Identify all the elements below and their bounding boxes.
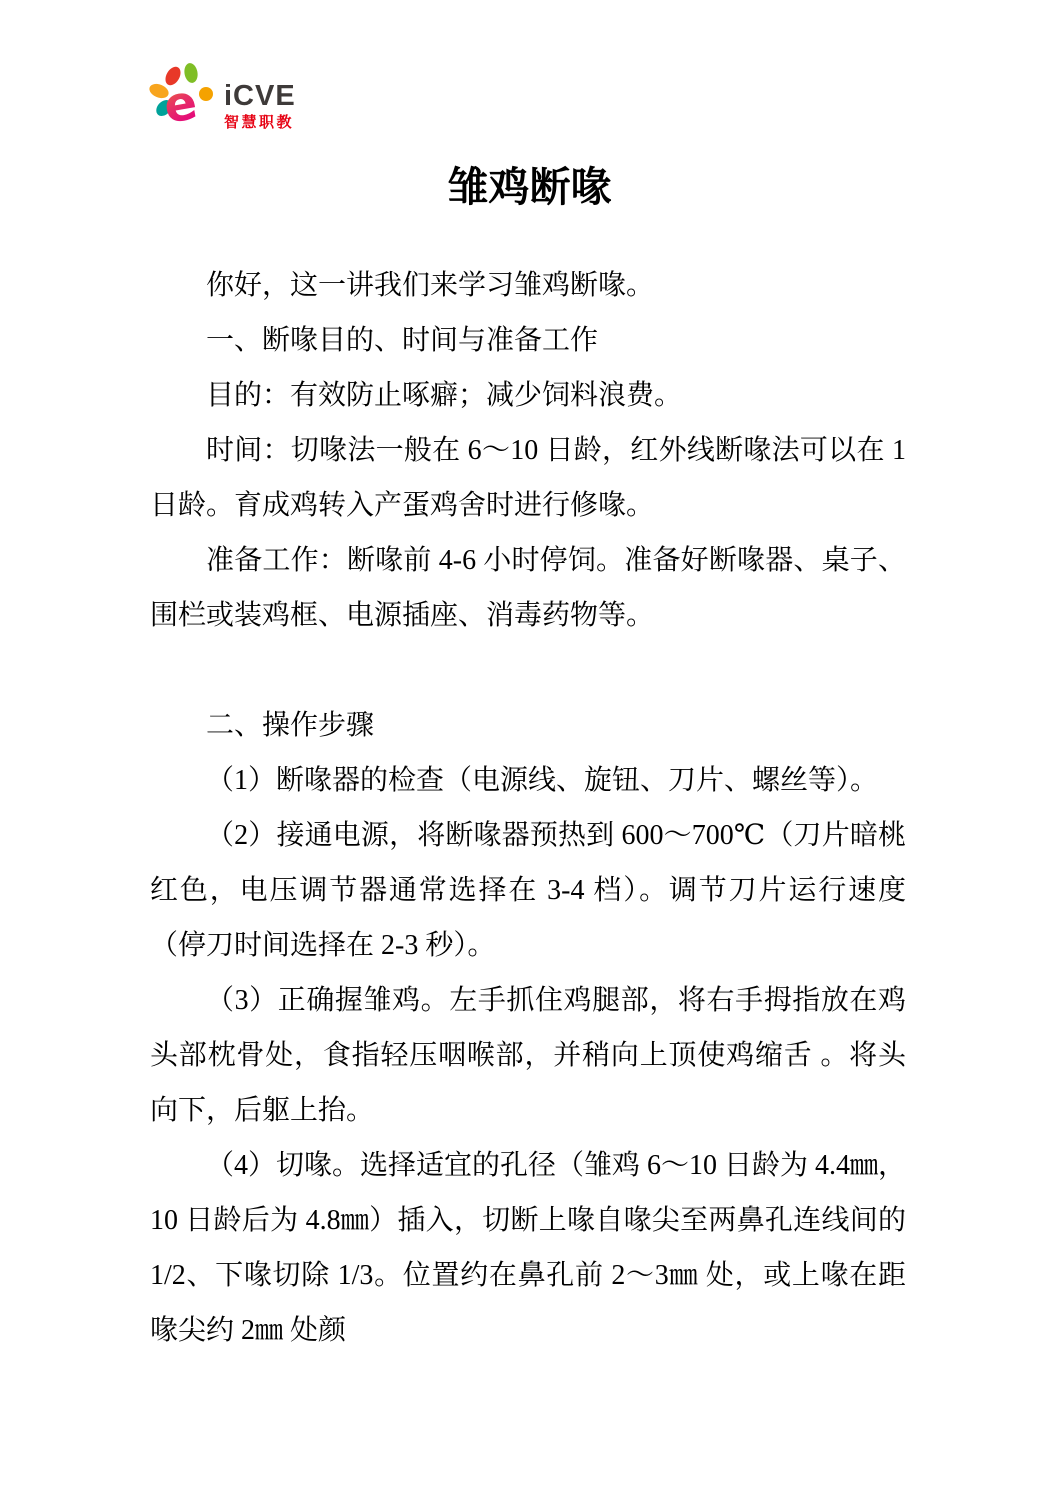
svg-text:e: e — [159, 74, 201, 134]
paragraph-purpose: 目的：有效防止啄癖；减少饲料浪费。 — [150, 368, 906, 423]
paragraph-preparation: 准备工作：断喙前 4-6 小时停饲。准备好断喙器、桌子、围栏或装鸡框、电源插座、… — [150, 533, 906, 643]
paragraph-step1: （1）断喙器的检查（电源线、旋钮、刀片、螺丝等）。 — [150, 753, 906, 808]
paragraph-greeting: 你好，这一讲我们来学习雏鸡断喙。 — [150, 258, 906, 313]
icve-logo: e iCVE 智慧职教 — [149, 58, 296, 134]
logo-text-block: iCVE 智慧职教 — [224, 82, 296, 130]
blank-line — [150, 643, 906, 698]
paragraph-step4: （4）切喙。选择适宜的孔径（雏鸡 6～10 日龄为 4.4㎜，10 日龄后为 4… — [150, 1138, 906, 1358]
document-title: 雏鸡断喙 — [0, 160, 1059, 215]
document-body: 你好，这一讲我们来学习雏鸡断喙。 一、断喙目的、时间与准备工作 目的：有效防止啄… — [150, 258, 906, 1358]
paragraph-timing: 时间：切喙法一般在 6～10 日龄，红外线断喙法可以在 1 日龄。育成鸡转入产蛋… — [150, 423, 906, 533]
paragraph-section1-heading: 一、断喙目的、时间与准备工作 — [150, 313, 906, 368]
document-page: e iCVE 智慧职教 雏鸡断喙 你好，这一讲我们来学习雏鸡断喙。 一、断喙目的… — [0, 0, 1059, 1497]
logo-brand-text: iCVE — [224, 82, 296, 111]
paragraph-step3: （3）正确握雏鸡。左手抓住鸡腿部，将右手拇指放在鸡头部枕骨处，食指轻压咽喉部，并… — [150, 973, 906, 1138]
paragraph-step2: （2）接通电源，将断喙器预热到 600～700℃（刀片暗桃红色，电压调节器通常选… — [150, 808, 906, 973]
logo-subtitle-text: 智慧职教 — [224, 115, 296, 130]
paragraph-section2-heading: 二、操作步骤 — [150, 698, 906, 753]
icve-flower-icon: e — [149, 58, 217, 134]
